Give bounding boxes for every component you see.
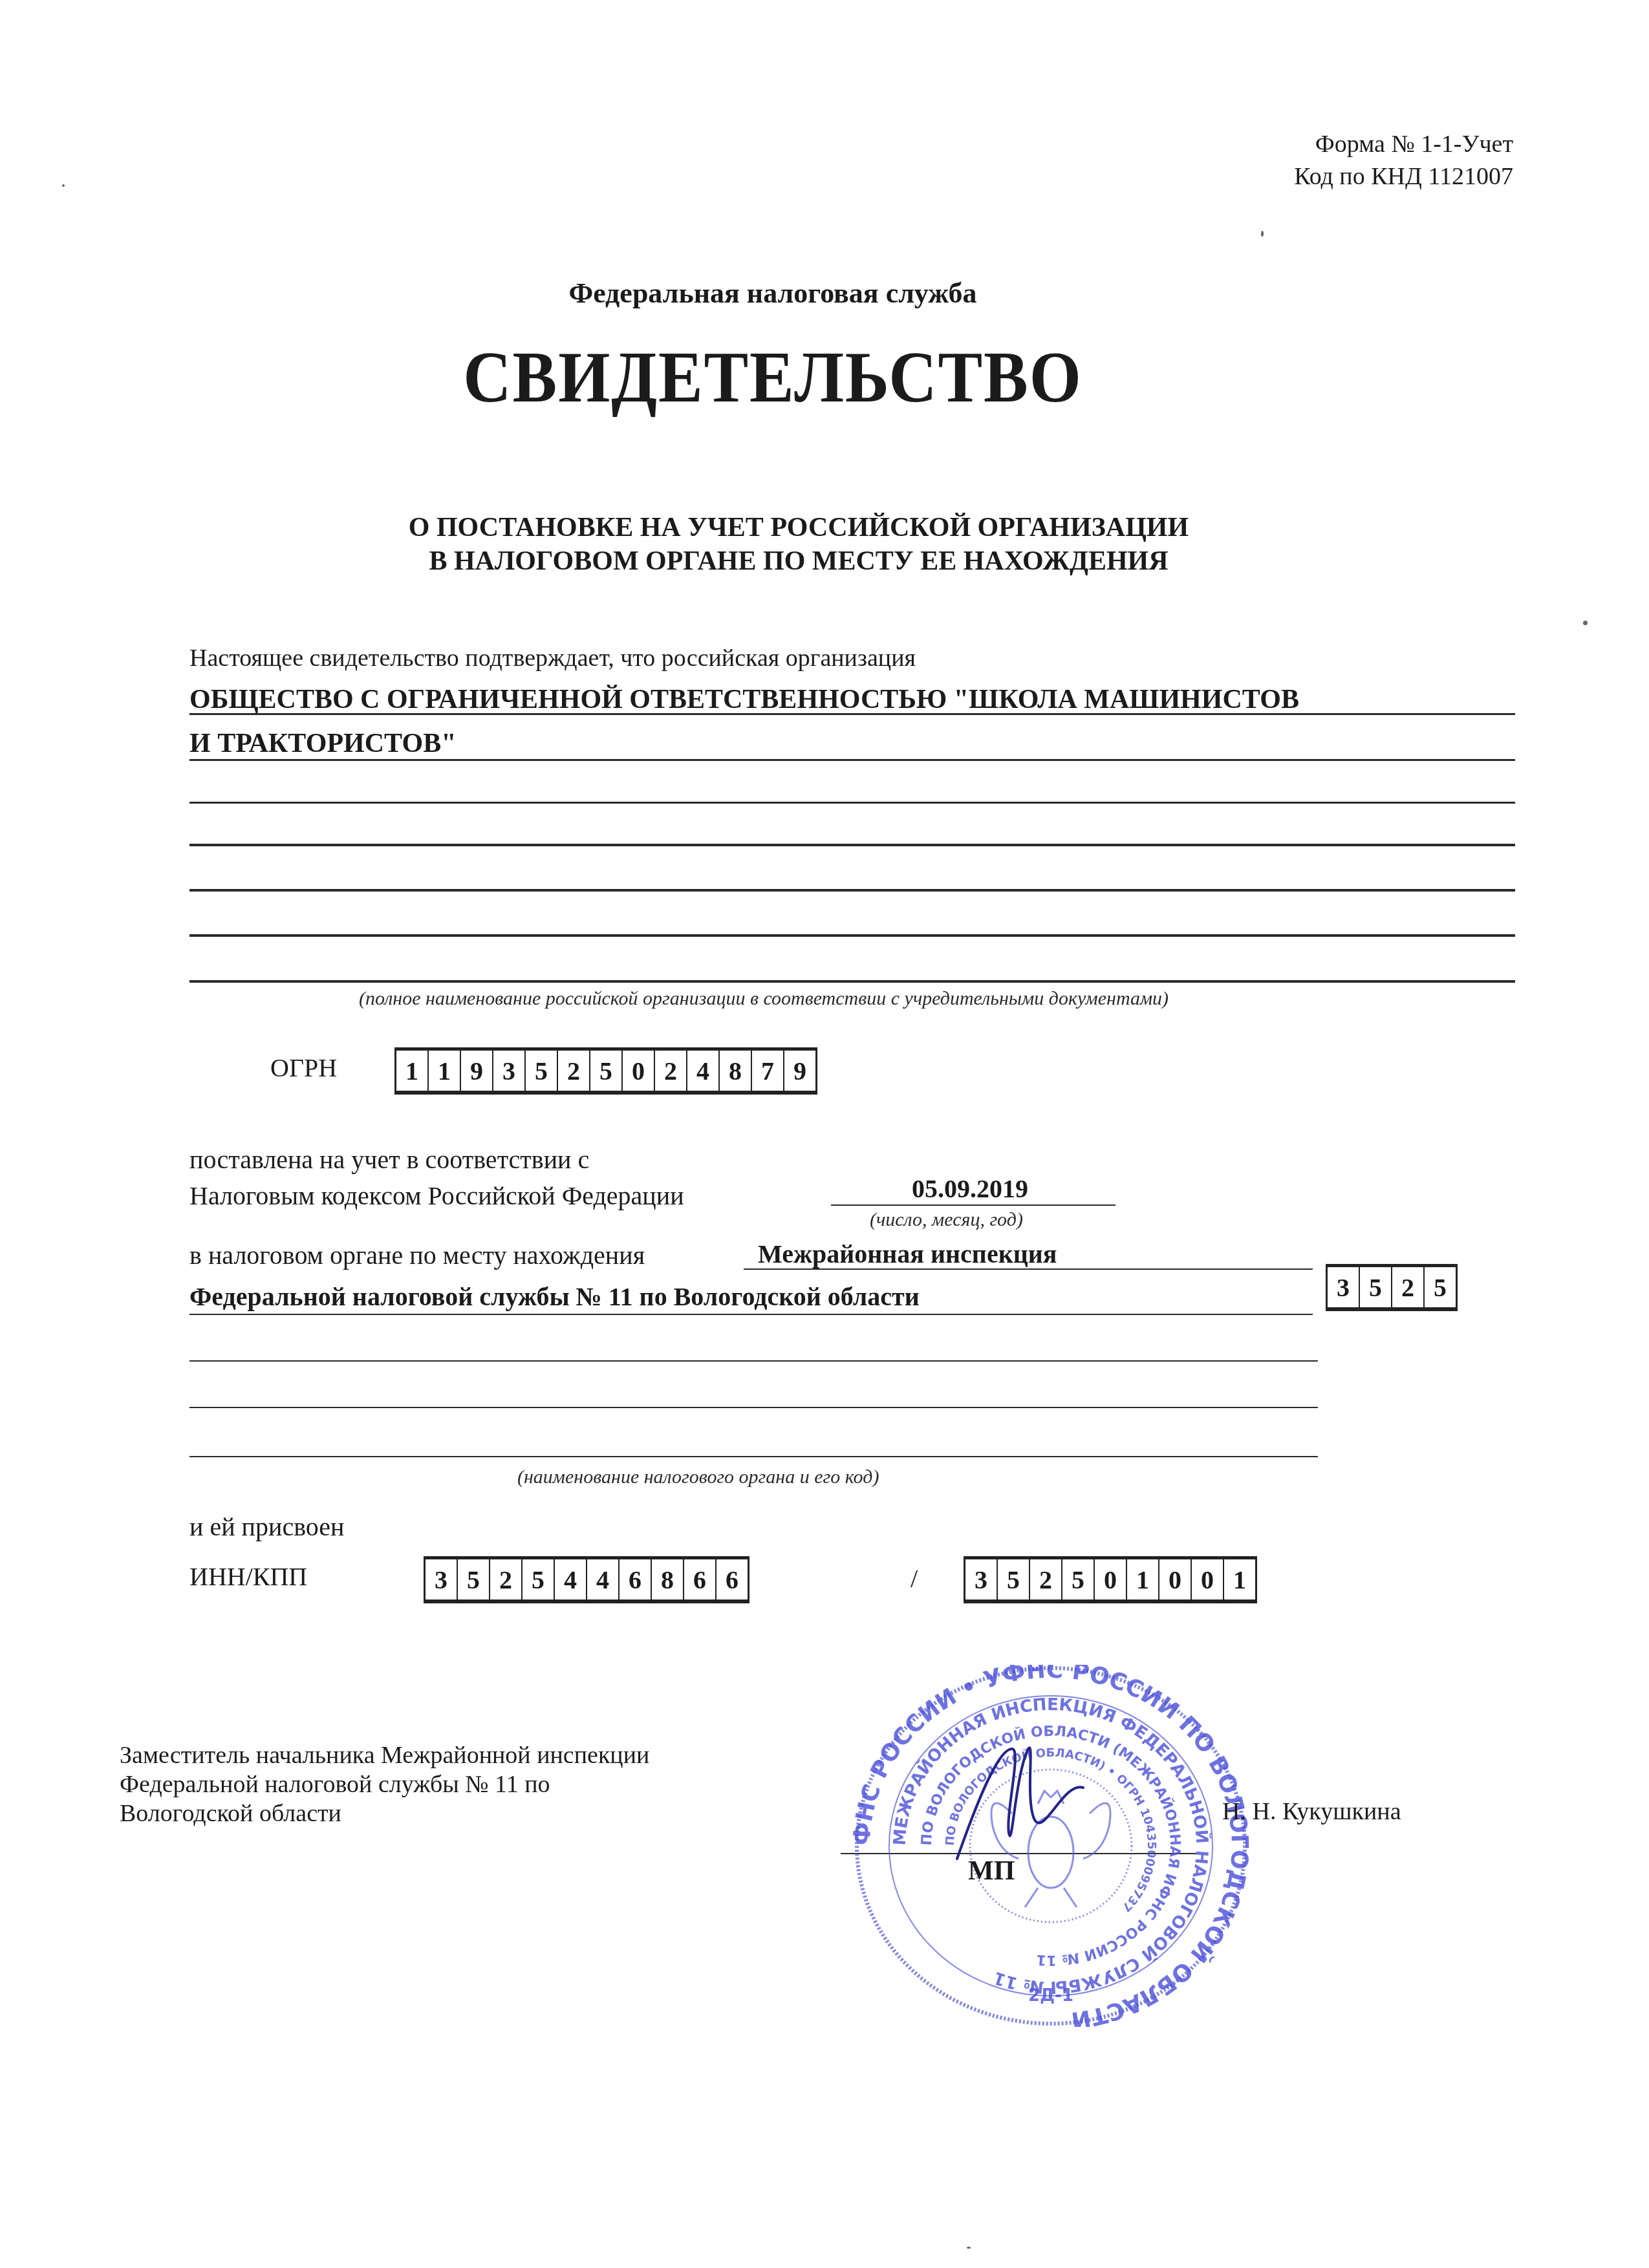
inn-digit-box: 5 <box>523 1559 555 1599</box>
inn-digit-box: 6 <box>717 1559 748 1599</box>
signer-position: Заместитель начальника Межрайонной инспе… <box>120 1741 649 1828</box>
ogrn-digit-box: 2 <box>558 1051 590 1091</box>
authority-caption: (наименование налогового органа и его ко… <box>517 1466 879 1488</box>
signer-position-line-1: Заместитель начальника Межрайонной инспе… <box>120 1741 649 1770</box>
form-number: Форма № 1-1-Учет <box>1294 128 1513 160</box>
ogrn-digit-boxes: 1193525024879 <box>394 1047 817 1095</box>
registration-date: 05.09.2019 <box>828 1173 1112 1204</box>
kpp-digit-box: 2 <box>1030 1559 1062 1599</box>
authority-prefix: в налоговом органе по месту нахождения <box>189 1240 645 1270</box>
assigned-label: и ей присвоен <box>189 1512 344 1542</box>
registration-line-2: Налоговым кодексом Российской Федерации <box>189 1181 684 1211</box>
kpp-digit-box: 0 <box>1159 1559 1192 1599</box>
org-line-6 <box>189 934 1515 937</box>
kpp-digit-box: 1 <box>1127 1559 1159 1599</box>
inn-digit-box: 5 <box>458 1559 490 1599</box>
inn-digit-box: 8 <box>652 1559 684 1599</box>
ogrn-digit-box: 3 <box>493 1051 526 1091</box>
org-line-7 <box>189 980 1515 983</box>
authority-code-digit-box: 3 <box>1328 1267 1360 1307</box>
svg-text:ПО ВОЛОГОДСКОЙ ОБЛАСТИ) • ОГРН: ПО ВОЛОГОДСКОЙ ОБЛАСТИ) • ОГРН 104350009… <box>943 1746 1158 1914</box>
ogrn-digit-box: 8 <box>720 1051 752 1091</box>
authority-line-4 <box>189 1407 1318 1408</box>
stamp-outer-text: ФНС РОССИИ • УФНС РОССИИ ПО ВОЛОГОДСКОЙ … <box>850 1665 1251 2027</box>
inn-digit-box: 2 <box>490 1559 523 1599</box>
ogrn-digit-box: 5 <box>526 1051 558 1091</box>
subtitle-line-1: О ПОСТАНОВКЕ НА УЧЕТ РОССИЙСКОЙ ОРГАНИЗА… <box>0 511 1623 544</box>
kpp-digit-box: 0 <box>1095 1559 1127 1599</box>
kpp-digit-box: 0 <box>1192 1559 1224 1599</box>
inn-digit-box: 4 <box>587 1559 620 1599</box>
date-caption: (число, месяц, год) <box>870 1209 1023 1231</box>
signer-name: Н. Н. Кукушкина <box>1222 1797 1401 1826</box>
ogrn-digit-box: 2 <box>655 1051 687 1091</box>
authority-line-1: Межрайонная инспекция <box>758 1239 1057 1269</box>
org-line-3 <box>189 802 1515 804</box>
ogrn-digit-box: 5 <box>590 1051 623 1091</box>
document-title: СВИДЕТЕЛЬСТВО <box>14 336 1531 420</box>
authority-code-digit-box: 2 <box>1392 1267 1425 1307</box>
authority-line-3 <box>189 1360 1318 1362</box>
authority-code-digit-box: 5 <box>1425 1267 1456 1307</box>
scan-speck <box>1261 231 1264 237</box>
subtitle-line-2: В НАЛОГОВОМ ОРГАНЕ ПО МЕСТУ ЕЕ НАХОЖДЕНИ… <box>0 544 1623 578</box>
inn-kpp-label: ИНН/КПП <box>189 1561 307 1592</box>
authority-line-5 <box>189 1456 1318 1457</box>
svg-text:ПО ВОЛОГОДСКОЙ ОБЛАСТИ (МЕЖРАЙ: ПО ВОЛОГОДСКОЙ ОБЛАСТИ (МЕЖРАЙОННАЯ ИФНС… <box>919 1724 1183 1968</box>
official-stamp: ФНС РОССИИ • УФНС РОССИИ ПО ВОЛОГОДСКОЙ … <box>850 1665 1251 2027</box>
authority-underline-2 <box>189 1314 1313 1315</box>
inn-digit-box: 6 <box>620 1559 652 1599</box>
svg-text:ФНС РОССИИ • УФНС РОССИИ ПО ВО: ФНС РОССИИ • УФНС РОССИИ ПО ВОЛОГОДСКОЙ … <box>850 1665 1251 2027</box>
document-subtitle: О ПОСТАНОВКЕ НА УЧЕТ РОССИЙСКОЙ ОРГАНИЗА… <box>0 511 1623 578</box>
stamp-middle-text: МЕЖРАЙОННАЯ ИНСПЕКЦИЯ ФЕДЕРАЛЬНОЙ НАЛОГО… <box>890 1695 1213 1996</box>
authority-underline-1 <box>744 1268 1313 1270</box>
date-line <box>831 1204 1115 1206</box>
organization-name: ОБЩЕСТВО С ОГРАНИЧЕННОЙ ОТВЕТСТВЕННОСТЬЮ… <box>189 678 1522 765</box>
kpp-digit-box: 5 <box>1062 1559 1095 1599</box>
inn-digit-box: 6 <box>684 1559 717 1599</box>
scan-speck <box>1583 621 1588 625</box>
stamp-inner-text: ПО ВОЛОГОДСКОЙ ОБЛАСТИ (МЕЖРАЙОННАЯ ИФНС… <box>919 1724 1183 1968</box>
org-line-1 <box>189 713 1515 715</box>
registration-line-1: поставлена на учет в соответствии с <box>189 1144 589 1175</box>
ogrn-digit-box: 1 <box>429 1051 461 1091</box>
ogrn-digit-box: 9 <box>461 1051 493 1091</box>
knd-code: Код по КНД 1121007 <box>1294 160 1513 193</box>
authority-code-digit-box: 5 <box>1360 1267 1392 1307</box>
inn-digit-box: 3 <box>426 1559 458 1599</box>
kpp-digit-boxes: 352501001 <box>964 1556 1257 1603</box>
form-code-block: Форма № 1-1-Учет Код по КНД 1121007 <box>1294 128 1513 193</box>
agency-name: Федеральная налоговая служба <box>0 277 1597 310</box>
ogrn-digit-box: 0 <box>623 1051 655 1091</box>
intro-text: Настоящее свидетельство подтверждает, чт… <box>189 644 916 672</box>
ogrn-label: ОГРН <box>270 1053 337 1083</box>
authority-line-2: Федеральной налоговой службы № 11 по Вол… <box>189 1281 920 1312</box>
org-line-5 <box>189 889 1515 892</box>
seal-label: МП <box>968 1856 1015 1887</box>
ogrn-digit-box: 1 <box>396 1051 429 1091</box>
kpp-digit-box: 5 <box>998 1559 1030 1599</box>
ogrn-digit-box: 4 <box>687 1051 720 1091</box>
org-line-2 <box>189 759 1515 761</box>
kpp-digit-box: 3 <box>965 1559 998 1599</box>
ogrn-digit-box: 7 <box>752 1051 784 1091</box>
scan-speck <box>967 2247 971 2249</box>
signer-position-line-2: Федеральной налоговой службы № 11 по <box>120 1770 649 1799</box>
org-name-caption: (полное наименование российской организа… <box>359 988 1169 1010</box>
inn-kpp-separator: / <box>911 1563 918 1594</box>
inn-digit-boxes: 3525446866 <box>424 1556 749 1603</box>
kpp-digit-box: 1 <box>1224 1559 1255 1599</box>
ogrn-digit-box: 9 <box>784 1051 815 1091</box>
scan-speck <box>62 184 65 187</box>
authority-code-boxes: 3525 <box>1326 1264 1458 1311</box>
stamp-inner2-text: ПО ВОЛОГОДСКОЙ ОБЛАСТИ) • ОГРН 104350009… <box>943 1746 1158 1914</box>
svg-text:МЕЖРАЙОННАЯ ИНСПЕКЦИЯ ФЕДЕРАЛЬ: МЕЖРАЙОННАЯ ИНСПЕКЦИЯ ФЕДЕРАЛЬНОЙ НАЛОГО… <box>890 1695 1213 1996</box>
stamp-code: 2Д-1 <box>1028 1986 1073 2006</box>
inn-digit-box: 4 <box>555 1559 587 1599</box>
signer-position-line-3: Вологодской области <box>120 1799 649 1828</box>
org-line-4 <box>189 844 1515 846</box>
